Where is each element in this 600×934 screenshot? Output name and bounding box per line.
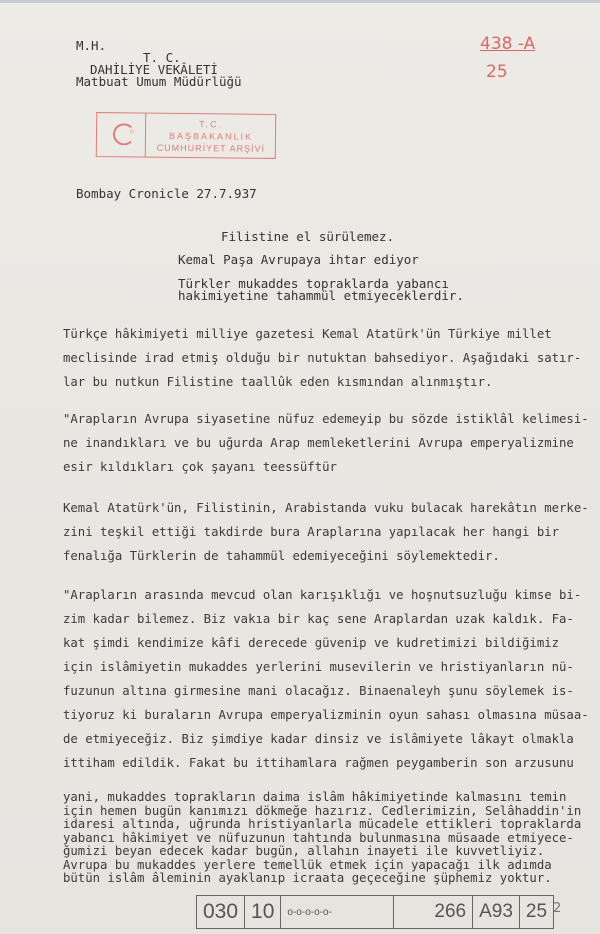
paragraph-line: idaresi altında, uğrunda hristiyanlarla … xyxy=(63,817,581,831)
paragraph-line: zini teşkil ettiği takdirde bura Araplar… xyxy=(63,525,559,539)
paragraph-line: zim kadar bilemez. Biz vakıa bir kaç sen… xyxy=(63,612,574,626)
headline-sub-2b: hakimiyetine tahammül etmiyeceklerdir. xyxy=(178,288,464,303)
stamp-line-1: T.C. xyxy=(147,119,275,130)
paragraph-line: Türkçe hâkimiyeti milliye gazetesi Kemal… xyxy=(63,327,552,341)
paragraph-line: ğumizi beyan edecek kadar bugün, allahın… xyxy=(63,844,544,858)
paragraph-line: fenalığa Türklerin de tahammül edemiyece… xyxy=(63,549,500,563)
paragraph-line: esir kıldıkları çok şayanı teessüftür xyxy=(63,460,337,474)
id-cell-file: A93 xyxy=(473,896,520,928)
paragraph-line: Avrupa bu mukaddes yerlere temellük etme… xyxy=(63,858,552,872)
handwritten-ref-bottom: 25 xyxy=(486,62,508,82)
paragraph-line: "Arapların arasında mevcud olan karışıkl… xyxy=(63,588,581,602)
page-mark: 2 xyxy=(553,901,561,916)
paragraph-line: ne inandıkları ve bu uğurda Arap memleke… xyxy=(63,436,574,450)
archive-id-box: 030 10 o-o-o-o-o- 266 A93 25 xyxy=(196,895,554,929)
source-line: Bombay Cronicle 27.7.937 xyxy=(76,186,257,201)
archive-stamp: ✩ T.C. BAŞBAKANLIK CUMHURİYET ARŞİVİ xyxy=(96,112,276,159)
paragraph-line: lar bu nutkun Filistine taallûk eden kıs… xyxy=(63,375,492,389)
stamp-line-2: BAŞBAKANLIK xyxy=(147,131,275,142)
headline-main: Filistine el sürülemez. xyxy=(221,229,394,244)
stamp-emblem-box: ✩ xyxy=(97,113,146,157)
paragraph-line: meclisinde irad etmiş olduğu bir nutukta… xyxy=(63,351,581,365)
paragraph-line: yabancı hâkimiyet ve nüfuzunun tahtında … xyxy=(63,831,574,845)
star-icon: ✩ xyxy=(129,126,135,136)
scan-edge xyxy=(0,0,600,3)
paragraph-line: için islâmiyetin mukaddes yerlerini muse… xyxy=(63,660,574,674)
paragraph-line: Kemal Atatürk'ün, Filistinin, Arabistand… xyxy=(63,501,589,515)
paragraph-line: için hemen bugün kanımızı dökmeğe hazırı… xyxy=(63,804,581,818)
paragraph-line: kat şimdi kendimize kâfi derecede güveni… xyxy=(63,636,559,650)
document-page: M.H. T. C. DAHİLİYE VEKÂLETİ Matbuat Umu… xyxy=(0,0,600,934)
id-cell-box: 266 xyxy=(394,896,473,928)
id-cell-blank: o-o-o-o-o- xyxy=(281,896,394,928)
stamp-line-3: CUMHURİYET ARŞİVİ xyxy=(147,143,275,154)
mh-label: M.H. xyxy=(76,38,106,53)
paragraph-line: yani, mukaddes toprakların daima islâm h… xyxy=(63,790,566,804)
paragraph-line: ittiham edildik. Fakat bu ittihamlara ra… xyxy=(63,756,574,770)
handwritten-ref-top: 438 -A xyxy=(480,34,535,54)
paragraph-line: "Arapların Avrupa siyasetine nüfuz edeme… xyxy=(63,412,589,426)
headline-sub-1: Kemal Paşa Avrupaya ihtar ediyor xyxy=(178,252,419,267)
directorate-name: Matbuat Umum Müdürlüğü xyxy=(76,74,242,89)
id-cell-fond: 030 xyxy=(197,896,245,928)
id-cell-series: 10 xyxy=(245,896,281,928)
id-cell-item: 25 xyxy=(520,896,553,928)
paragraph-line: de etmiyeceğiz. Biz şimdiye kadar dinsiz… xyxy=(63,732,574,746)
paragraph-line: tiyoruz ki buraların Avrupa emperyalizmi… xyxy=(63,708,589,722)
paragraph-line: bütün islâm âleminin ayaklanıp icraata g… xyxy=(63,871,552,885)
paragraph-line: fuzunun altına girmesine mani olacağız. … xyxy=(63,684,574,698)
